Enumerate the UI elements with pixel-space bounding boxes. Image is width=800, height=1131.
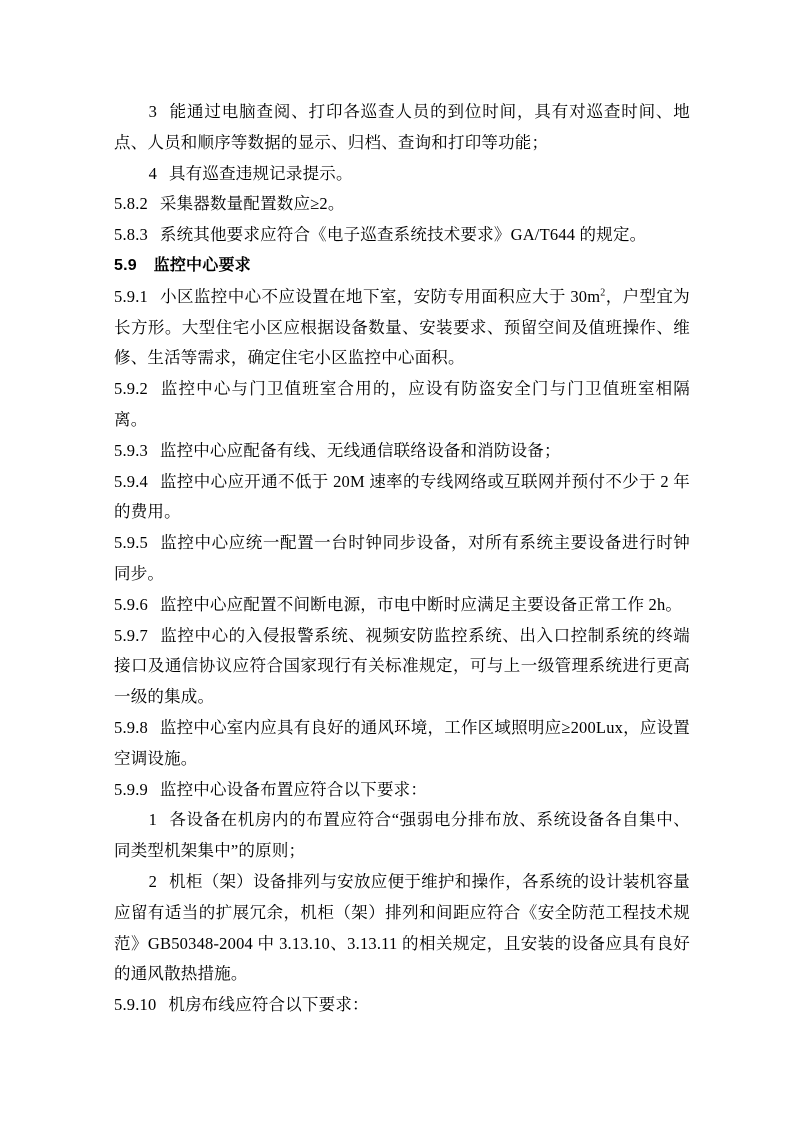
sub-item-4: 4具有巡查违规记录提示。 <box>114 159 690 190</box>
item-text: 各设备在机房内的布置应符合“强弱电分排布放、系统设备各自集中、同类型机架集中”的… <box>114 810 690 860</box>
section-number: 5.9 <box>114 257 154 274</box>
section-title: 监控中心要求 <box>154 257 251 274</box>
section-heading-5-9: 5.9监控中心要求 <box>114 251 690 282</box>
clause-number: 5.9.4 <box>114 472 160 491</box>
clause-5-9-6: 5.9.6监控中心应配置不间断电源，市电中断时应满足主要设备正常工作 2h。 <box>114 590 690 621</box>
clause-number: 5.9.5 <box>114 533 160 552</box>
clause-number: 5.8.2 <box>114 194 160 213</box>
clause-number: 5.9.6 <box>114 595 160 614</box>
clause-text: 监控中心设备布置应符合以下要求： <box>160 780 427 799</box>
clause-text: 监控中心应统一配置一台时钟同步设备，对所有系统主要设备进行时钟同步。 <box>114 533 690 583</box>
clause-number: 5.9.9 <box>114 780 160 799</box>
clause-5-9-2: 5.9.2监控中心与门卫值班室合用的，应设有防盗安全门与门卫值班室相隔离。 <box>114 374 690 436</box>
clause-text: 机房布线应符合以下要求： <box>168 995 368 1014</box>
clause-5-9-5: 5.9.5监控中心应统一配置一台时钟同步设备，对所有系统主要设备进行时钟同步。 <box>114 528 690 590</box>
clause-5-9-3: 5.9.3监控中心应配备有线、无线通信联络设备和消防设备； <box>114 436 690 467</box>
item-number: 4 <box>149 164 169 183</box>
clause-5-9-8: 5.9.8监控中心室内应具有良好的通风环境，工作区域照明应≥200Lux，应设置… <box>114 713 690 775</box>
clause-text: 监控中心应配备有线、无线通信联络设备和消防设备； <box>160 441 561 460</box>
item-number: 2 <box>149 872 169 891</box>
clause-number: 5.9.3 <box>114 441 160 460</box>
clause-number: 5.9.1 <box>114 287 160 306</box>
clause-text: 系统其他要求应符合《电子巡查系统技术要求》GA/T644 的规定。 <box>160 225 646 244</box>
clause-number: 5.9.7 <box>114 626 160 645</box>
clause-text: 采集器数量配置数应≥2。 <box>160 194 345 213</box>
sub-item-3: 3能通过电脑查阅、打印各巡查人员的到位时间，具有对巡查时间、地点、人员和顺序等数… <box>114 97 690 159</box>
item-number: 3 <box>149 102 169 121</box>
clause-text: 监控中心应配置不间断电源，市电中断时应满足主要设备正常工作 2h。 <box>160 595 682 614</box>
clause-5-9-10: 5.9.10机房布线应符合以下要求： <box>114 990 690 1021</box>
clause-text: 监控中心与门卫值班室合用的，应设有防盗安全门与门卫值班室相隔离。 <box>114 379 690 429</box>
item-text: 机柜（架）设备排列与安放应便于维护和操作，各系统的设计装机容量应留有适当的扩展冗… <box>114 872 690 983</box>
clause-text: 监控中心室内应具有良好的通风环境，工作区域照明应≥200Lux，应设置空调设施。 <box>114 718 690 768</box>
clause-text: 监控中心应开通不低于 20M 速率的专线网络或互联网并预付不少于 2 年的费用。 <box>114 472 690 522</box>
document-page: 3能通过电脑查阅、打印各巡查人员的到位时间，具有对巡查时间、地点、人员和顺序等数… <box>114 97 690 1021</box>
item-number: 1 <box>149 810 169 829</box>
clause-5-9-9: 5.9.9监控中心设备布置应符合以下要求： <box>114 775 690 806</box>
clause-number: 5.9.2 <box>114 379 160 398</box>
sub-item-2: 2机柜（架）设备排列与安放应便于维护和操作，各系统的设计装机容量应留有适当的扩展… <box>114 867 690 990</box>
clause-5-8-2: 5.8.2采集器数量配置数应≥2。 <box>114 189 690 220</box>
clause-5-9-4: 5.9.4监控中心应开通不低于 20M 速率的专线网络或互联网并预付不少于 2 … <box>114 467 690 529</box>
clause-number: 5.9.8 <box>114 718 160 737</box>
item-text: 具有巡查违规记录提示。 <box>169 164 353 183</box>
clause-text: 小区监控中心不应设置在地下室，安防专用面积应大于 30m <box>160 287 600 306</box>
clause-5-9-1: 5.9.1小区监控中心不应设置在地下室，安防专用面积应大于 30m2，户型宜为长… <box>114 282 690 374</box>
clause-text: 监控中心的入侵报警系统、视频安防监控系统、出入口控制系统的终端接口及通信协议应符… <box>114 626 690 707</box>
clause-number: 5.9.10 <box>114 995 168 1014</box>
clause-5-9-7: 5.9.7监控中心的入侵报警系统、视频安防监控系统、出入口控制系统的终端接口及通… <box>114 621 690 713</box>
clause-number: 5.8.3 <box>114 225 160 244</box>
item-text: 能通过电脑查阅、打印各巡查人员的到位时间，具有对巡查时间、地点、人员和顺序等数据… <box>114 102 690 152</box>
clause-5-8-3: 5.8.3系统其他要求应符合《电子巡查系统技术要求》GA/T644 的规定。 <box>114 220 690 251</box>
sub-item-1: 1各设备在机房内的布置应符合“强弱电分排布放、系统设备各自集中、同类型机架集中”… <box>114 805 690 867</box>
